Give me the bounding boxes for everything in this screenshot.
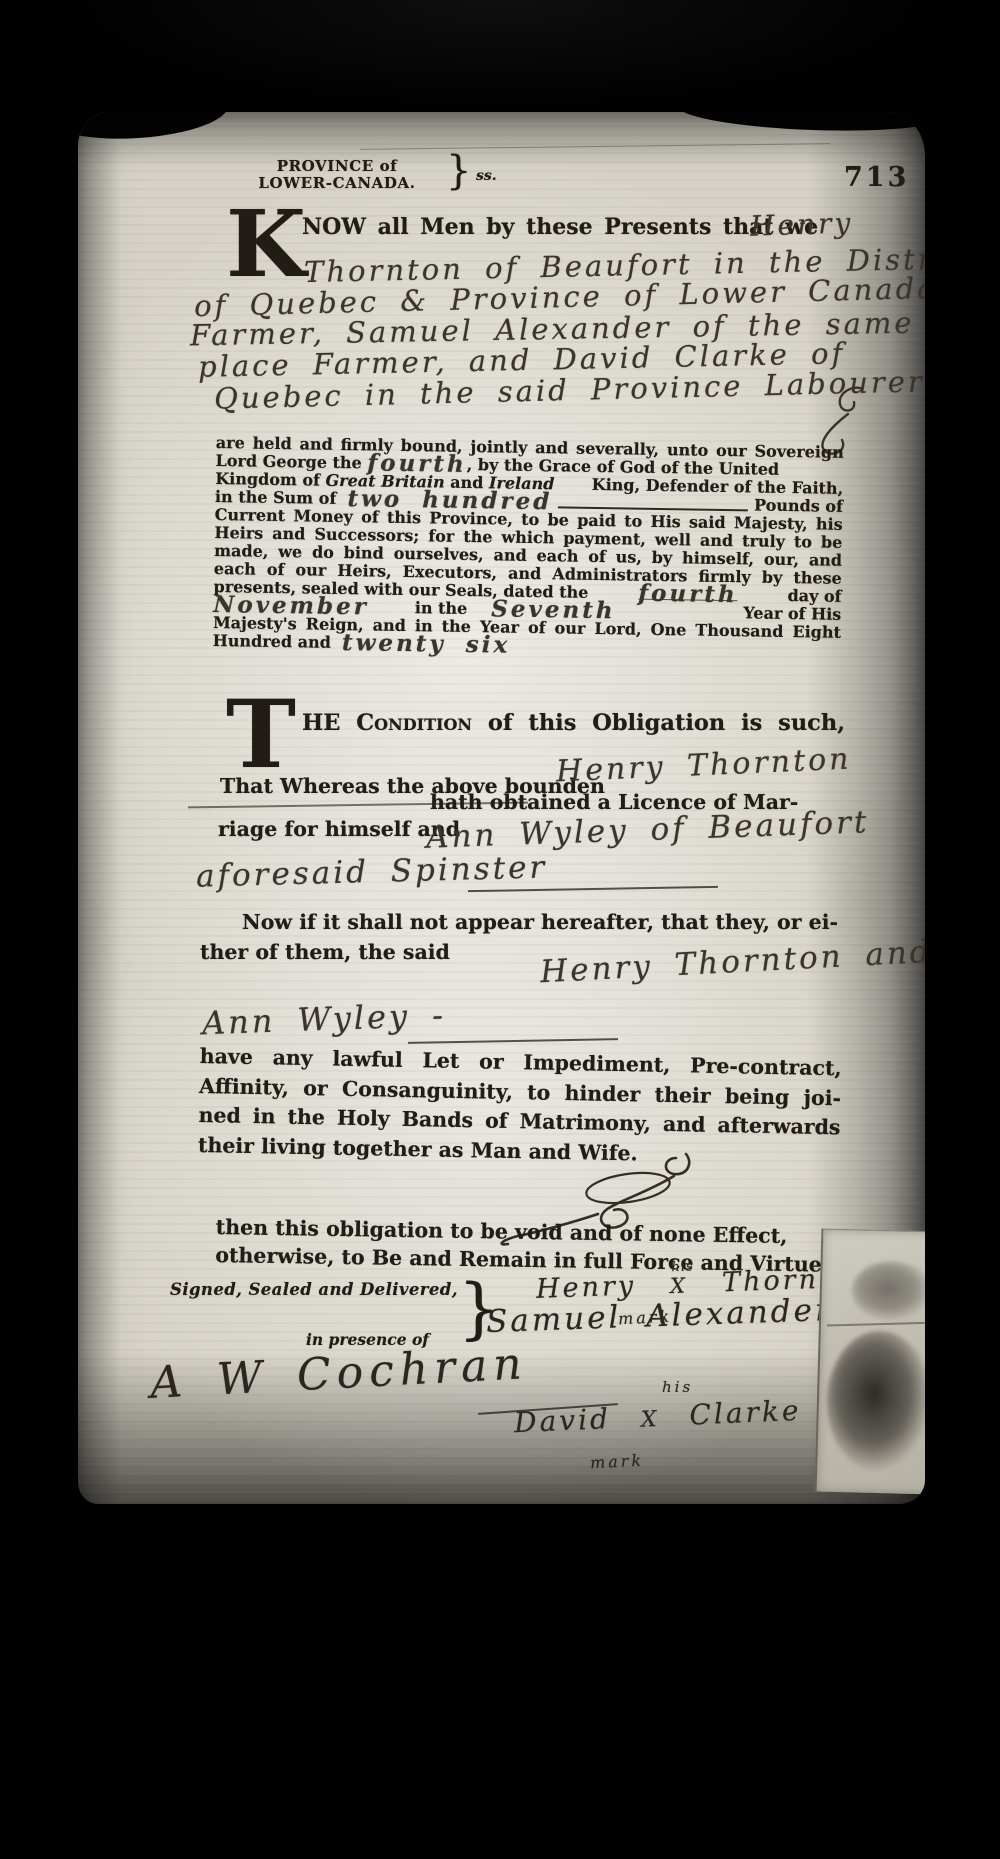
hw-bride-line2: aforesaid Spinster — [196, 849, 548, 894]
page-number: 713 — [844, 162, 909, 193]
attestation-line1: Signed, Sealed and Delivered, — [170, 1280, 458, 1299]
witness-signature: A W Cochran — [149, 1338, 529, 1409]
hw-november: November — [213, 600, 369, 612]
bond-paragraph: are held and firmly bound, jointly and s… — [213, 434, 844, 660]
condition-heading: HE Condition of this Obligation is such, — [302, 710, 845, 736]
dropcap-t: T — [226, 694, 296, 776]
hw-henry: Henry — [749, 206, 853, 243]
now-clause-line1: Now if it shall not appear hereafter, th… — [242, 910, 838, 934]
condition-head-rest: of this Obligation is such, — [488, 710, 845, 736]
hw-seventh: Seventh — [491, 604, 615, 616]
seal-smudge-small — [851, 1260, 925, 1322]
ss-abbreviation: ss. — [476, 168, 497, 184]
hw-twenty-six: twenty six — [342, 638, 510, 651]
riage-line: riage for himself and — [218, 817, 460, 841]
hw-couple-names2: Ann Wyley - — [201, 996, 446, 1042]
seal-smudge-large — [825, 1330, 925, 1473]
document-page: PROVINCE of LOWER-CANADA. } ss. 713 K NO… — [78, 112, 925, 1504]
torn-edge-shadow — [677, 112, 925, 135]
hw-groom-name: Henry Thornton — [555, 742, 852, 790]
condition-head-he: HE — [302, 710, 340, 736]
labourer-mark-label: mark — [590, 1451, 645, 1473]
bond-hundred-and: Hundred and — [213, 632, 331, 652]
groom-his-label: his — [671, 1259, 694, 1275]
groom-mark-glyph: X — [670, 1274, 689, 1299]
dropcap-k: K — [226, 204, 306, 284]
hw-fourth-day: fourth — [638, 589, 738, 602]
now-clause-line2: ther of them, the said — [200, 940, 450, 964]
scratch-line — [360, 143, 830, 150]
labourer-his-label: his — [662, 1378, 693, 1396]
province-line1: PROVINCE of — [228, 158, 446, 175]
groom-mark-x: his X — [670, 1274, 689, 1299]
know-all-men-line: NOW all Men by these Presents that we — [302, 214, 818, 240]
bond-in-the: in the — [415, 599, 468, 618]
condition-head-smallcaps: Condition — [356, 710, 472, 736]
province-heading: PROVINCE of LOWER-CANADA. — [228, 158, 446, 192]
province-brace: } — [446, 148, 471, 194]
hw-couple-names1: Henry Thornton and — [539, 934, 925, 991]
hw-dash-spinster — [468, 886, 718, 892]
labourer-first-name: David — [513, 1402, 611, 1439]
seal-fold-line — [827, 1322, 925, 1326]
bond-day-of: day of — [787, 587, 841, 606]
microfilm-background: PROVINCE of LOWER-CANADA. } ss. 713 K NO… — [0, 0, 1000, 1859]
labourer-last-name: Clarke — [689, 1394, 802, 1432]
hw-fourth-regnal: fourth — [367, 458, 467, 470]
torn-corner-shadow — [78, 112, 230, 144]
hw-dash-names — [408, 1038, 618, 1044]
seal-patch — [815, 1228, 925, 1494]
labourer-mark-glyph: X — [640, 1407, 660, 1433]
labourer-signature-row: David X Clarke — [513, 1394, 802, 1440]
hw-two-hundred: two hundred — [347, 494, 552, 507]
